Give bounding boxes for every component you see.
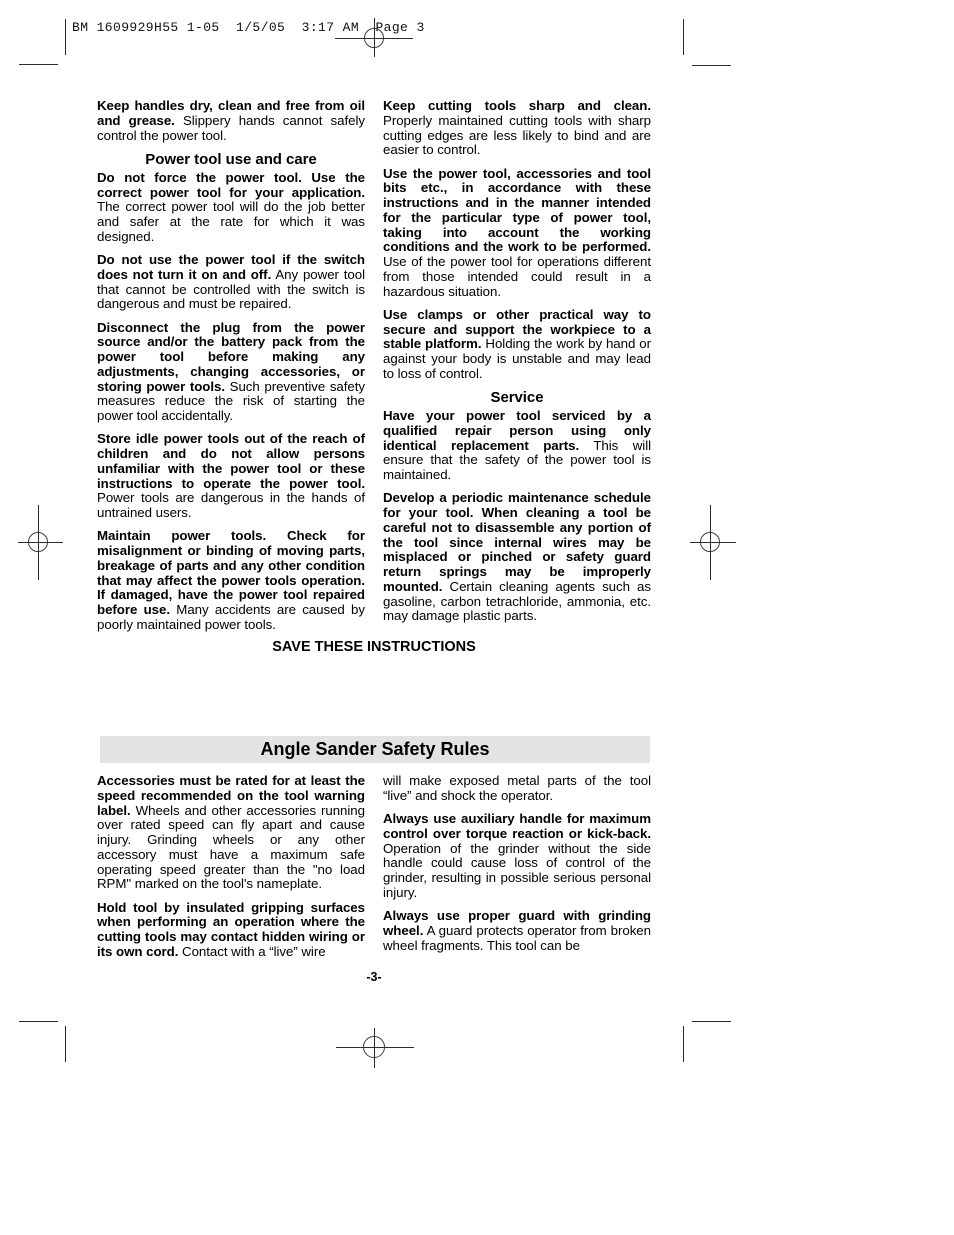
para-text: Power tools are dangerous in the hands o… [97, 490, 365, 520]
paragraph: Hold tool by insulated gripping surfaces… [97, 901, 365, 960]
registration-mark-left-circle [28, 532, 48, 552]
column-top-right: Keep cutting tools sharp and clean. Prop… [383, 99, 651, 633]
para-bold-lead: Keep cutting tools sharp and clean. [383, 98, 651, 113]
section-heading-service: Service [383, 390, 651, 406]
registration-mark-top-circle [364, 28, 384, 48]
para-bold-lead: Use the power tool, accessories and tool… [383, 166, 651, 255]
para-bold-lead: Do not force the power tool. Use the cor… [97, 170, 365, 200]
paragraph: Develop a periodic maintenance schedule … [383, 491, 651, 624]
para-bold-lead: Store idle power tools out of the reach … [97, 431, 365, 490]
paragraph: Keep cutting tools sharp and clean. Prop… [383, 99, 651, 158]
section-heading-power-tool-use-and-care: Power tool use and care [97, 152, 365, 168]
crop-mark-bottom-right-horizontal [692, 1021, 731, 1022]
registration-mark-right-circle [700, 532, 720, 552]
para-text: Properly maintained cutting tools with s… [383, 113, 651, 158]
para-text: will make exposed metal parts of the too… [383, 773, 651, 803]
para-text: Wheels and other accessories running ove… [97, 803, 365, 892]
para-text: Use of the power tool for operations dif… [383, 254, 651, 299]
crop-mark-bottom-left-vertical [65, 1026, 66, 1062]
para-text: Contact with a “live” wire [182, 944, 326, 959]
paragraph: Have your power tool serviced by a quali… [383, 409, 651, 483]
crop-mark-top-left-vertical [65, 19, 66, 55]
crop-mark-bottom-right-vertical [683, 1026, 684, 1062]
column-bottom-right: will make exposed metal parts of the too… [383, 774, 651, 962]
paragraph: Maintain power tools. Check for misalign… [97, 529, 365, 632]
paragraph: Always use proper guard with grinding wh… [383, 909, 651, 953]
paragraph: Keep handles dry, clean and free from oi… [97, 99, 365, 143]
paragraph: Use clamps or other practical way to sec… [383, 308, 651, 382]
crop-mark-top-right-vertical [683, 19, 684, 55]
page-number: -3- [97, 970, 651, 984]
paragraph: Always use auxiliary handle for maximum … [383, 812, 651, 901]
registration-mark-bottom-circle [363, 1036, 385, 1058]
section-banner-angle-sander-safety-rules: Angle Sander Safety Rules [100, 736, 650, 763]
save-these-instructions-line: SAVE THESE INSTRUCTIONS [97, 639, 651, 655]
column-bottom-left: Accessories must be rated for at least t… [97, 774, 365, 968]
paragraph: Do not force the power tool. Use the cor… [97, 171, 365, 245]
paragraph: Accessories must be rated for at least t… [97, 774, 365, 892]
crop-mark-bottom-left-horizontal [19, 1021, 58, 1022]
crop-mark-top-right-horizontal [692, 65, 731, 66]
column-top-left: Keep handles dry, clean and free from oi… [97, 99, 365, 641]
para-text: A guard protects operator from broken wh… [383, 923, 651, 953]
crop-mark-top-left-horizontal [19, 64, 58, 65]
para-bold-lead: Always use auxiliary handle for maximum … [383, 811, 651, 841]
paragraph: Do not use the power tool if the switch … [97, 253, 365, 312]
paragraph: will make exposed metal parts of the too… [383, 774, 651, 804]
para-text: The correct power tool will do the job b… [97, 199, 365, 244]
paragraph: Use the power tool, accessories and tool… [383, 167, 651, 300]
paragraph: Store idle power tools out of the reach … [97, 432, 365, 521]
para-text: Operation of the grinder without the sid… [383, 841, 651, 900]
paragraph: Disconnect the plug from the power sourc… [97, 321, 365, 424]
